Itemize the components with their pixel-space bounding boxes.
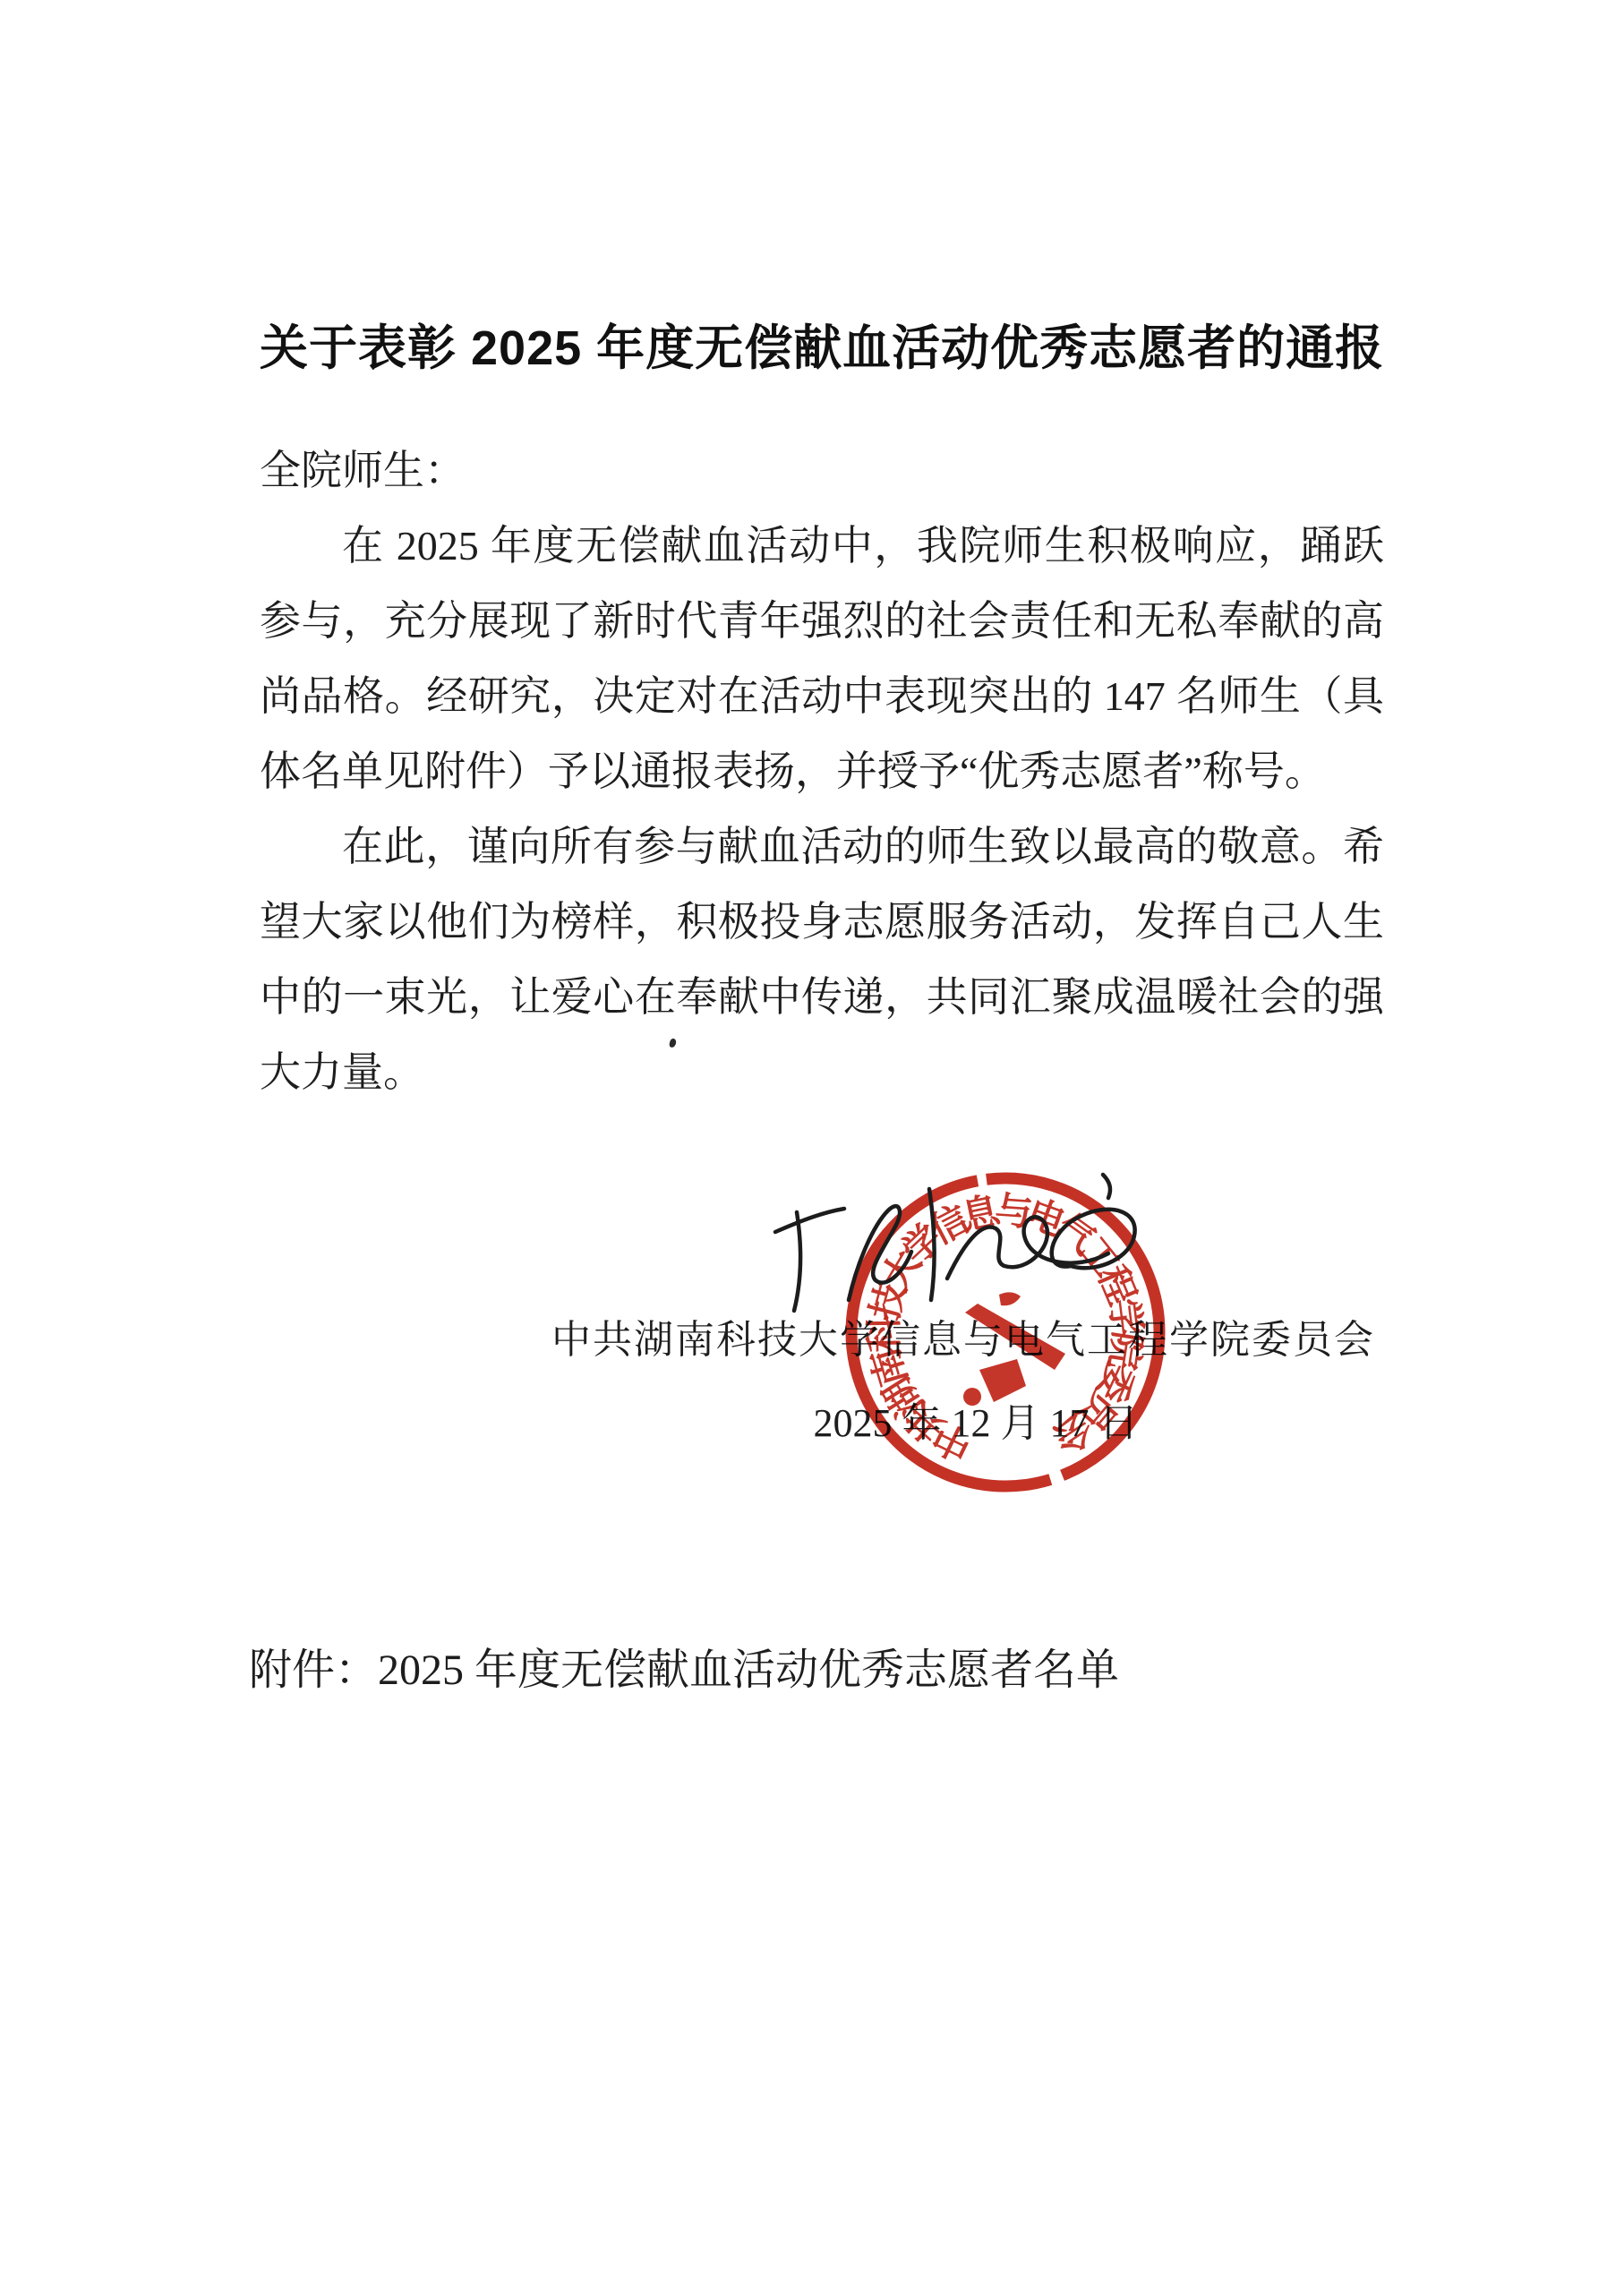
hammer-sickle-icon [963,1271,1071,1406]
document-body: 全院师生： 在 2025 年度无偿献血活动中，我院师生积极响应，踊跃参与，充分展… [260,433,1384,1110]
salutation: 全院师生： [260,433,1384,509]
body-paragraph-2: 在此，谨向所有参与献血活动的师生致以最高的敬意。希望大家以他们为榜样，积极投身志… [260,809,1384,1110]
scanned-document-page: 关于表彰 2025 年度无偿献血活动优秀志愿者的通报 全院师生： 在 2025 … [0,0,1624,2275]
official-seal: 中共湖南科技大学信息与电气工程学院委员会 [627,1139,1228,1540]
attachment-note: 附件：2025 年度无偿献血活动优秀志愿者名单 [249,1635,1119,1697]
document-title: 关于表彰 2025 年度无偿献血活动优秀志愿者的通报 [260,310,1384,379]
body-paragraph-1: 在 2025 年度无偿献血活动中，我院师生积极响应，踊跃参与，充分展现了新时代青… [260,509,1384,809]
